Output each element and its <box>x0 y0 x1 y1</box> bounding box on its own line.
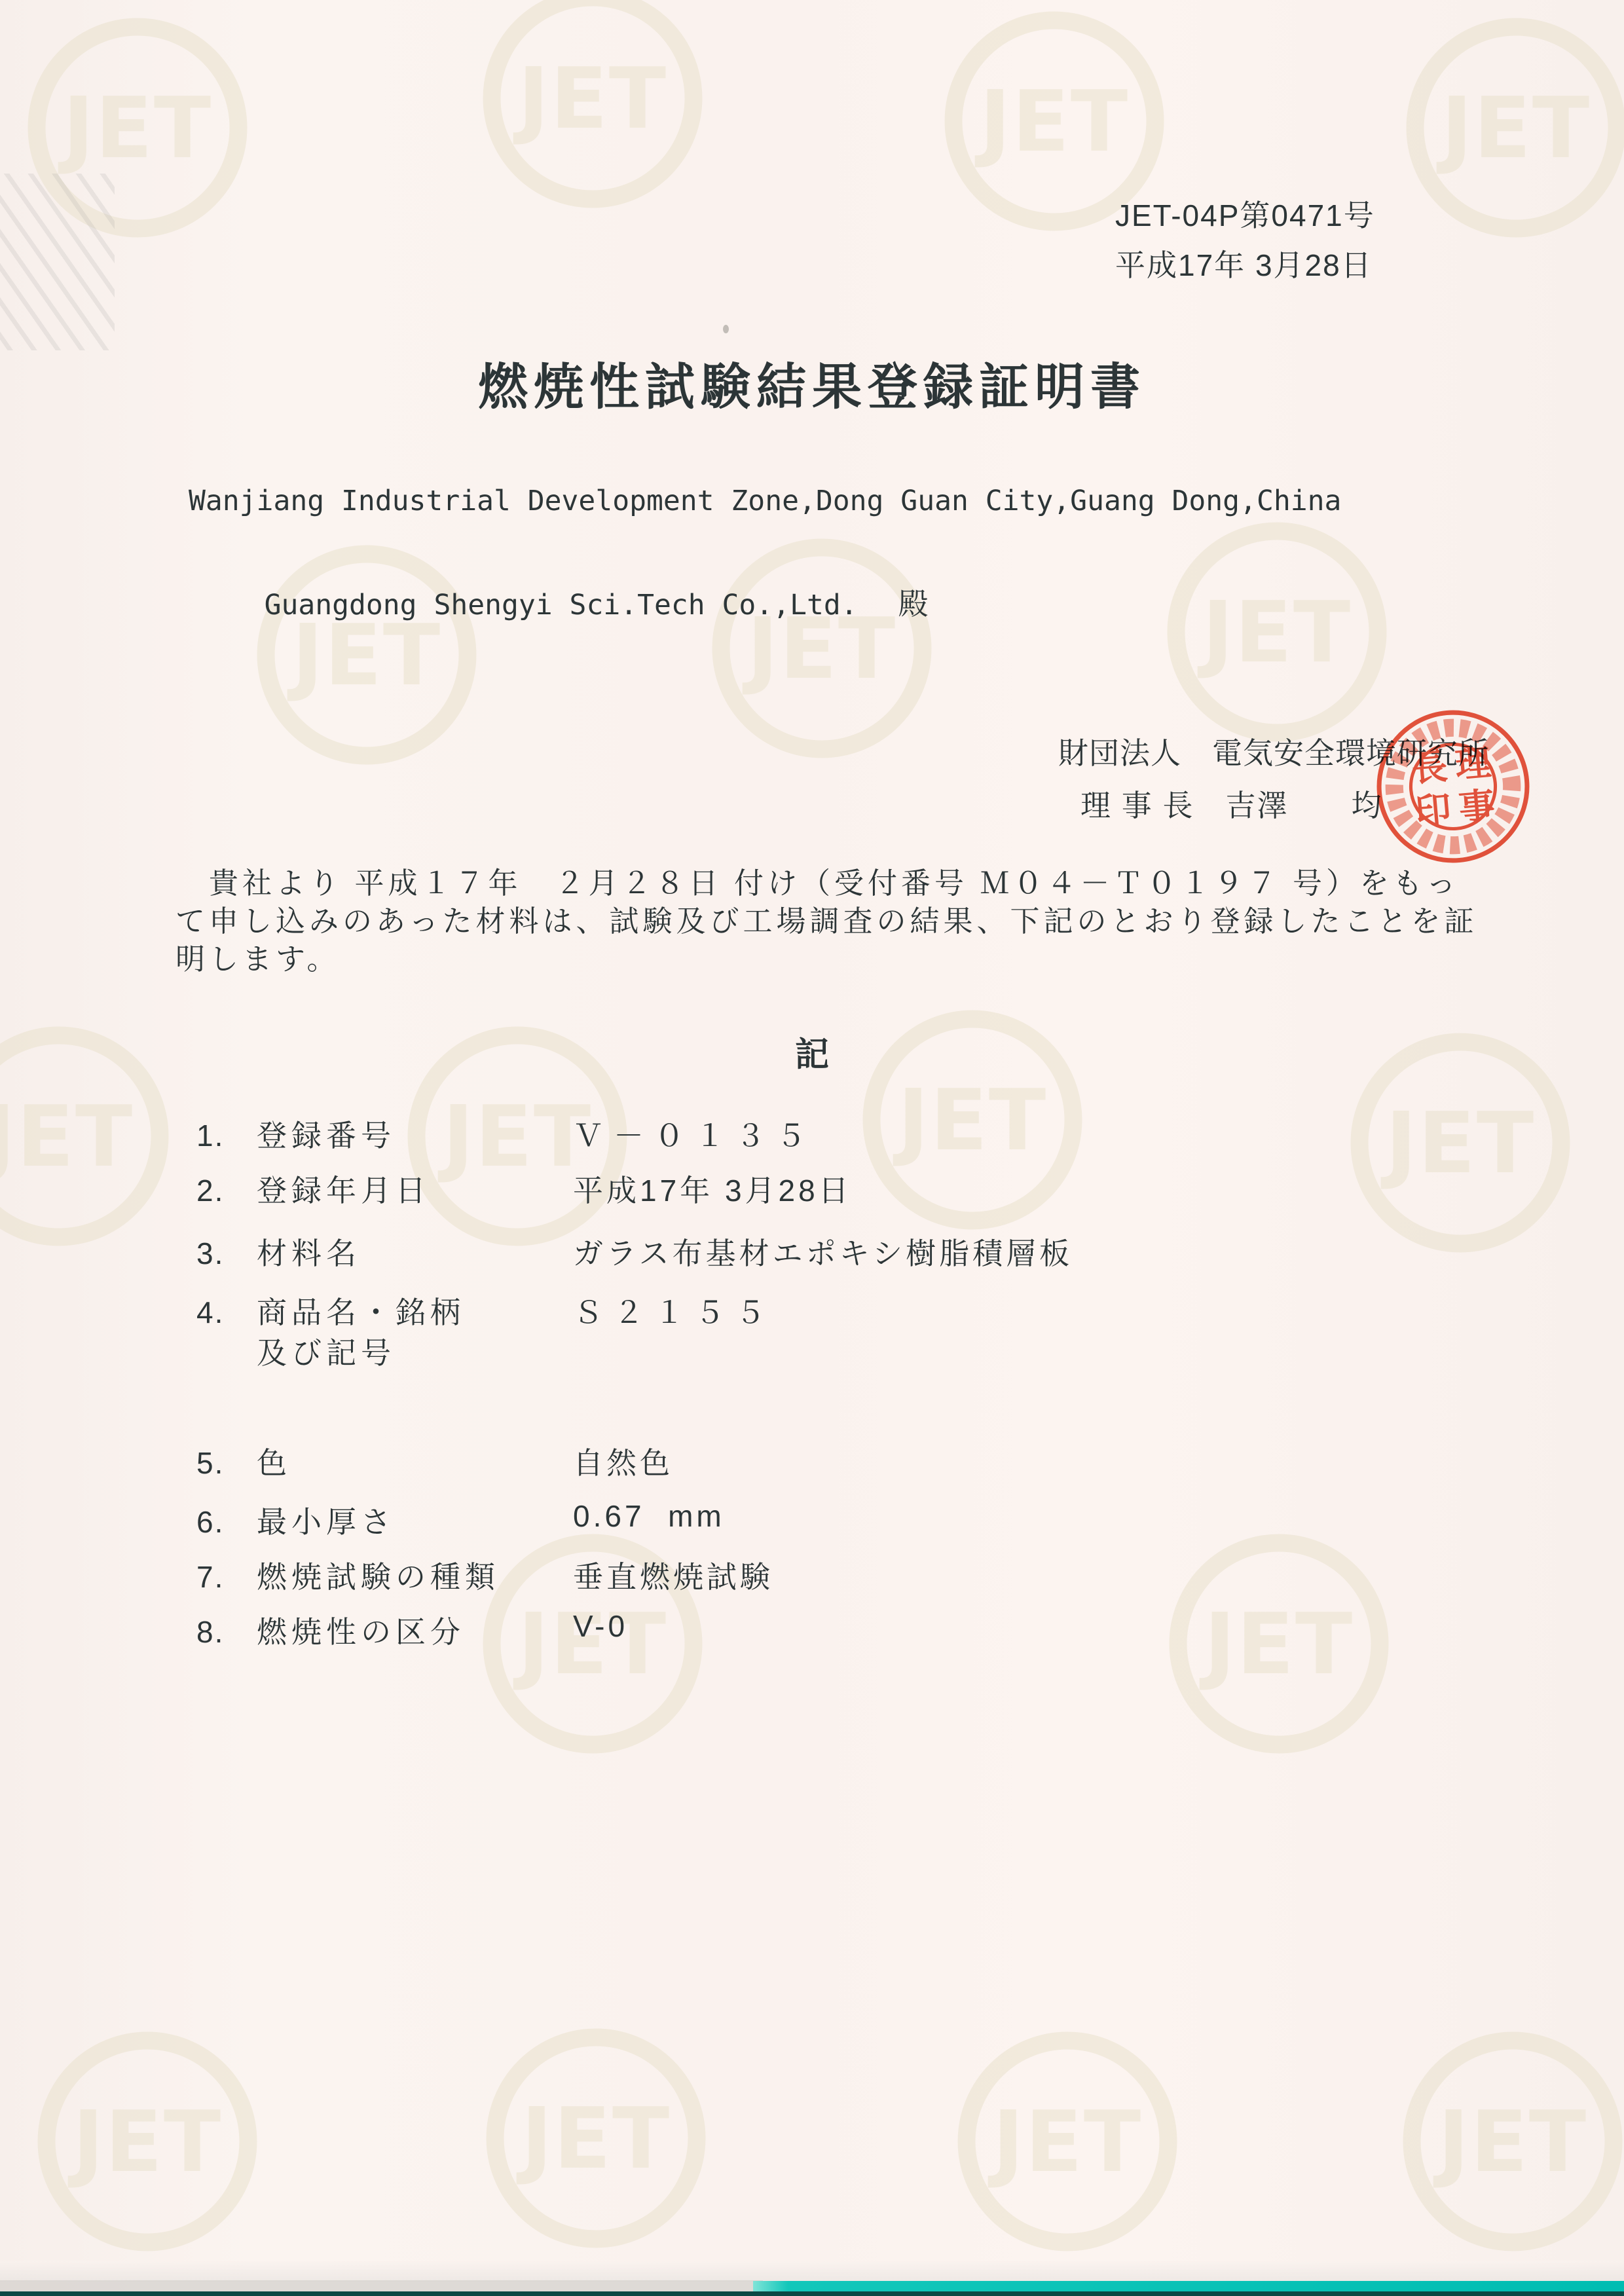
item-row-registration-date: 2.登録年月日 平成17年 3月28日 <box>196 1167 1506 1210</box>
item-label: 最小厚さ <box>257 1505 396 1539</box>
item-number: 6. <box>196 1504 257 1540</box>
seal-outer-script-ring <box>1390 723 1517 850</box>
item-number: 1. <box>196 1118 257 1153</box>
scan-bottom-teal-strip <box>753 2281 1624 2292</box>
seal-char: 事 <box>1457 785 1496 828</box>
document-header: JET-04P第0471号 平成17年 3月28日 <box>1115 192 1375 291</box>
item-value: Ｖ－０１３５ <box>573 1112 817 1155</box>
item-value: 垂直燃焼試験 <box>573 1553 773 1597</box>
body-line: て申し込みのあった材料は、試験及び工場調査の結果、下記のとおり登録したことを証 <box>175 902 1478 940</box>
issue-date: 平成17年 3月28日 <box>1115 242 1375 291</box>
seal-char: 理 <box>1454 743 1493 786</box>
item-label: 材料名 <box>257 1236 361 1270</box>
certificate-title: 燃焼性試験結果登録証明書 <box>478 347 1146 418</box>
item-label: 燃焼試験の種類 <box>257 1560 500 1594</box>
item-label: 登録年月日 <box>257 1174 430 1208</box>
item-label: 色 <box>257 1446 291 1480</box>
item-value: ガラス布基材エポキシ樹脂積層板 <box>573 1230 1073 1273</box>
seal-char: 長 <box>1410 747 1449 790</box>
seal-char: 印 <box>1414 789 1453 832</box>
item-label-second-line: 及び記号 <box>257 1329 396 1373</box>
recipient-honorific: 殿 <box>898 587 929 621</box>
item-value: V-0 <box>573 1608 628 1644</box>
scan-bottom-shadow <box>0 2261 1624 2282</box>
item-label: 登録番号 <box>257 1119 396 1153</box>
body-line: 明します。 <box>175 940 1478 978</box>
item-value: 平成17年 3月28日 <box>573 1167 852 1210</box>
item-row-material-name: 3.材料名 ガラス布基材エポキシ樹脂積層板 <box>196 1230 1506 1273</box>
recipient-company: Guangdong Shengyi Sci.Tech Co.,Ltd. <box>265 589 858 621</box>
scan-streak-artifact <box>0 174 115 350</box>
item-number: 7. <box>196 1559 257 1595</box>
item-value: 自然色 <box>573 1439 673 1483</box>
item-number: 4. <box>196 1295 257 1330</box>
issuer-representative: 理 事 長 吉澤 均 <box>1080 782 1383 825</box>
scan-bottom-dark-line <box>0 2291 1624 2296</box>
item-number: 2. <box>196 1173 257 1208</box>
document-number: JET-04P第0471号 <box>1115 192 1375 242</box>
item-value: Ｓ２１５５ <box>573 1289 776 1332</box>
president-seal: 理 事 長 印 <box>1367 701 1539 872</box>
item-number: 5. <box>196 1445 257 1481</box>
body-line: 貴社より 平成１７年 ２月２８日 付け（受付番号 Ｍ０４－Ｔ０１９７ 号）をもっ <box>175 864 1478 902</box>
recipient-company-line: Guangdong Shengyi Sci.Tech Co.,Ltd.殿 <box>196 547 929 656</box>
item-label: 燃焼性の区分 <box>257 1615 465 1649</box>
item-row-test-type: 7.燃焼試験の種類 垂直燃焼試験 <box>196 1553 1506 1597</box>
item-row-flammability-class: 8.燃焼性の区分 V-0 <box>196 1608 1506 1652</box>
scan-bottom-gray-band <box>0 2280 763 2291</box>
item-row-minimum-thickness: 6.最小厚さ 0.67 mm <box>196 1498 1506 1542</box>
section-heading: 記 <box>795 1027 829 1076</box>
item-row-color: 5.色 自然色 <box>196 1439 1506 1483</box>
scan-speck-artifact <box>723 325 729 333</box>
item-row-product-name: 4.商品名・銘柄 及び記号 Ｓ２１５５ <box>196 1289 1506 1332</box>
item-value: 0.67 mm <box>573 1498 725 1534</box>
body-paragraph: 貴社より 平成１７年 ２月２８日 付け（受付番号 Ｍ０４－Ｔ０１９７ 号）をもっ… <box>175 864 1478 978</box>
certificate-page: JET JET-04P第0471号 平成17年 3月28日 燃焼性試験結果登録証… <box>0 0 1624 2296</box>
item-row-registration-number: 1.登録番号 Ｖ－０１３５ <box>196 1112 1506 1155</box>
recipient-address: Wanjiang Industrial Development Zone,Don… <box>189 485 1341 517</box>
item-number: 8. <box>196 1614 257 1650</box>
item-number: 3. <box>196 1236 257 1271</box>
item-label: 商品名・銘柄 <box>257 1295 465 1329</box>
